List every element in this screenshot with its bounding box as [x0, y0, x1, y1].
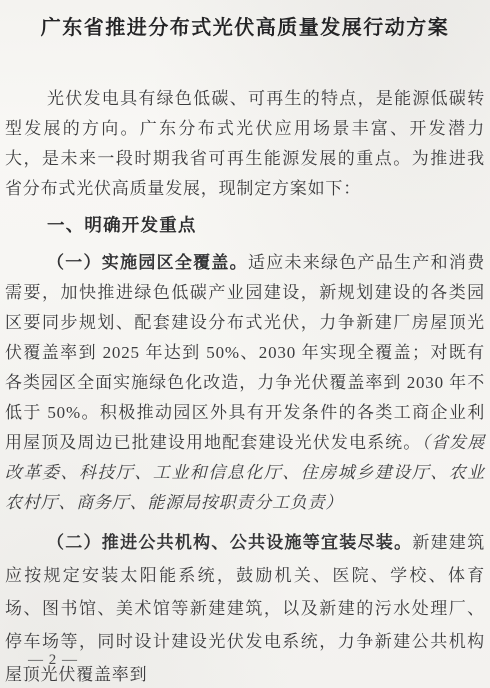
section-heading: 一、明确开发重点 — [5, 210, 485, 240]
document-body: 光伏发电具有绿色低碳、可再生的特点，是能源低碳转型发展的方向。广东分布式光伏应用… — [5, 84, 485, 688]
text-run-kai-bold: （二）推进公共机构、公共设施等宜装尽装。 — [47, 533, 412, 552]
text-run-kai-bold: （一）实施园区全覆盖。 — [47, 253, 248, 272]
text-run-body: 适应未来绿色产品生产和消费需要，加快推进绿色低碳产业园建设，新规划建设的各类园区… — [5, 253, 485, 452]
document-title: 广东省推进分布式光伏高质量发展行动方案 — [15, 14, 475, 42]
page-number: — 2 — — [28, 652, 78, 669]
paragraph: （一）实施园区全覆盖。适应未来绿色产品生产和消费需要，加快推进绿色低碳产业园建设… — [5, 248, 485, 518]
text-run-hei-bold: 一、明确开发重点 — [47, 215, 197, 235]
paragraph: 光伏发电具有绿色低碳、可再生的特点，是能源低碳转型发展的方向。广东分布式光伏应用… — [5, 84, 485, 204]
text-run-body: 光伏发电具有绿色低碳、可再生的特点，是能源低碳转型发展的方向。广东分布式光伏应用… — [5, 89, 485, 198]
document-page: 广东省推进分布式光伏高质量发展行动方案 光伏发电具有绿色低碳、可再生的特点，是能… — [0, 0, 490, 688]
